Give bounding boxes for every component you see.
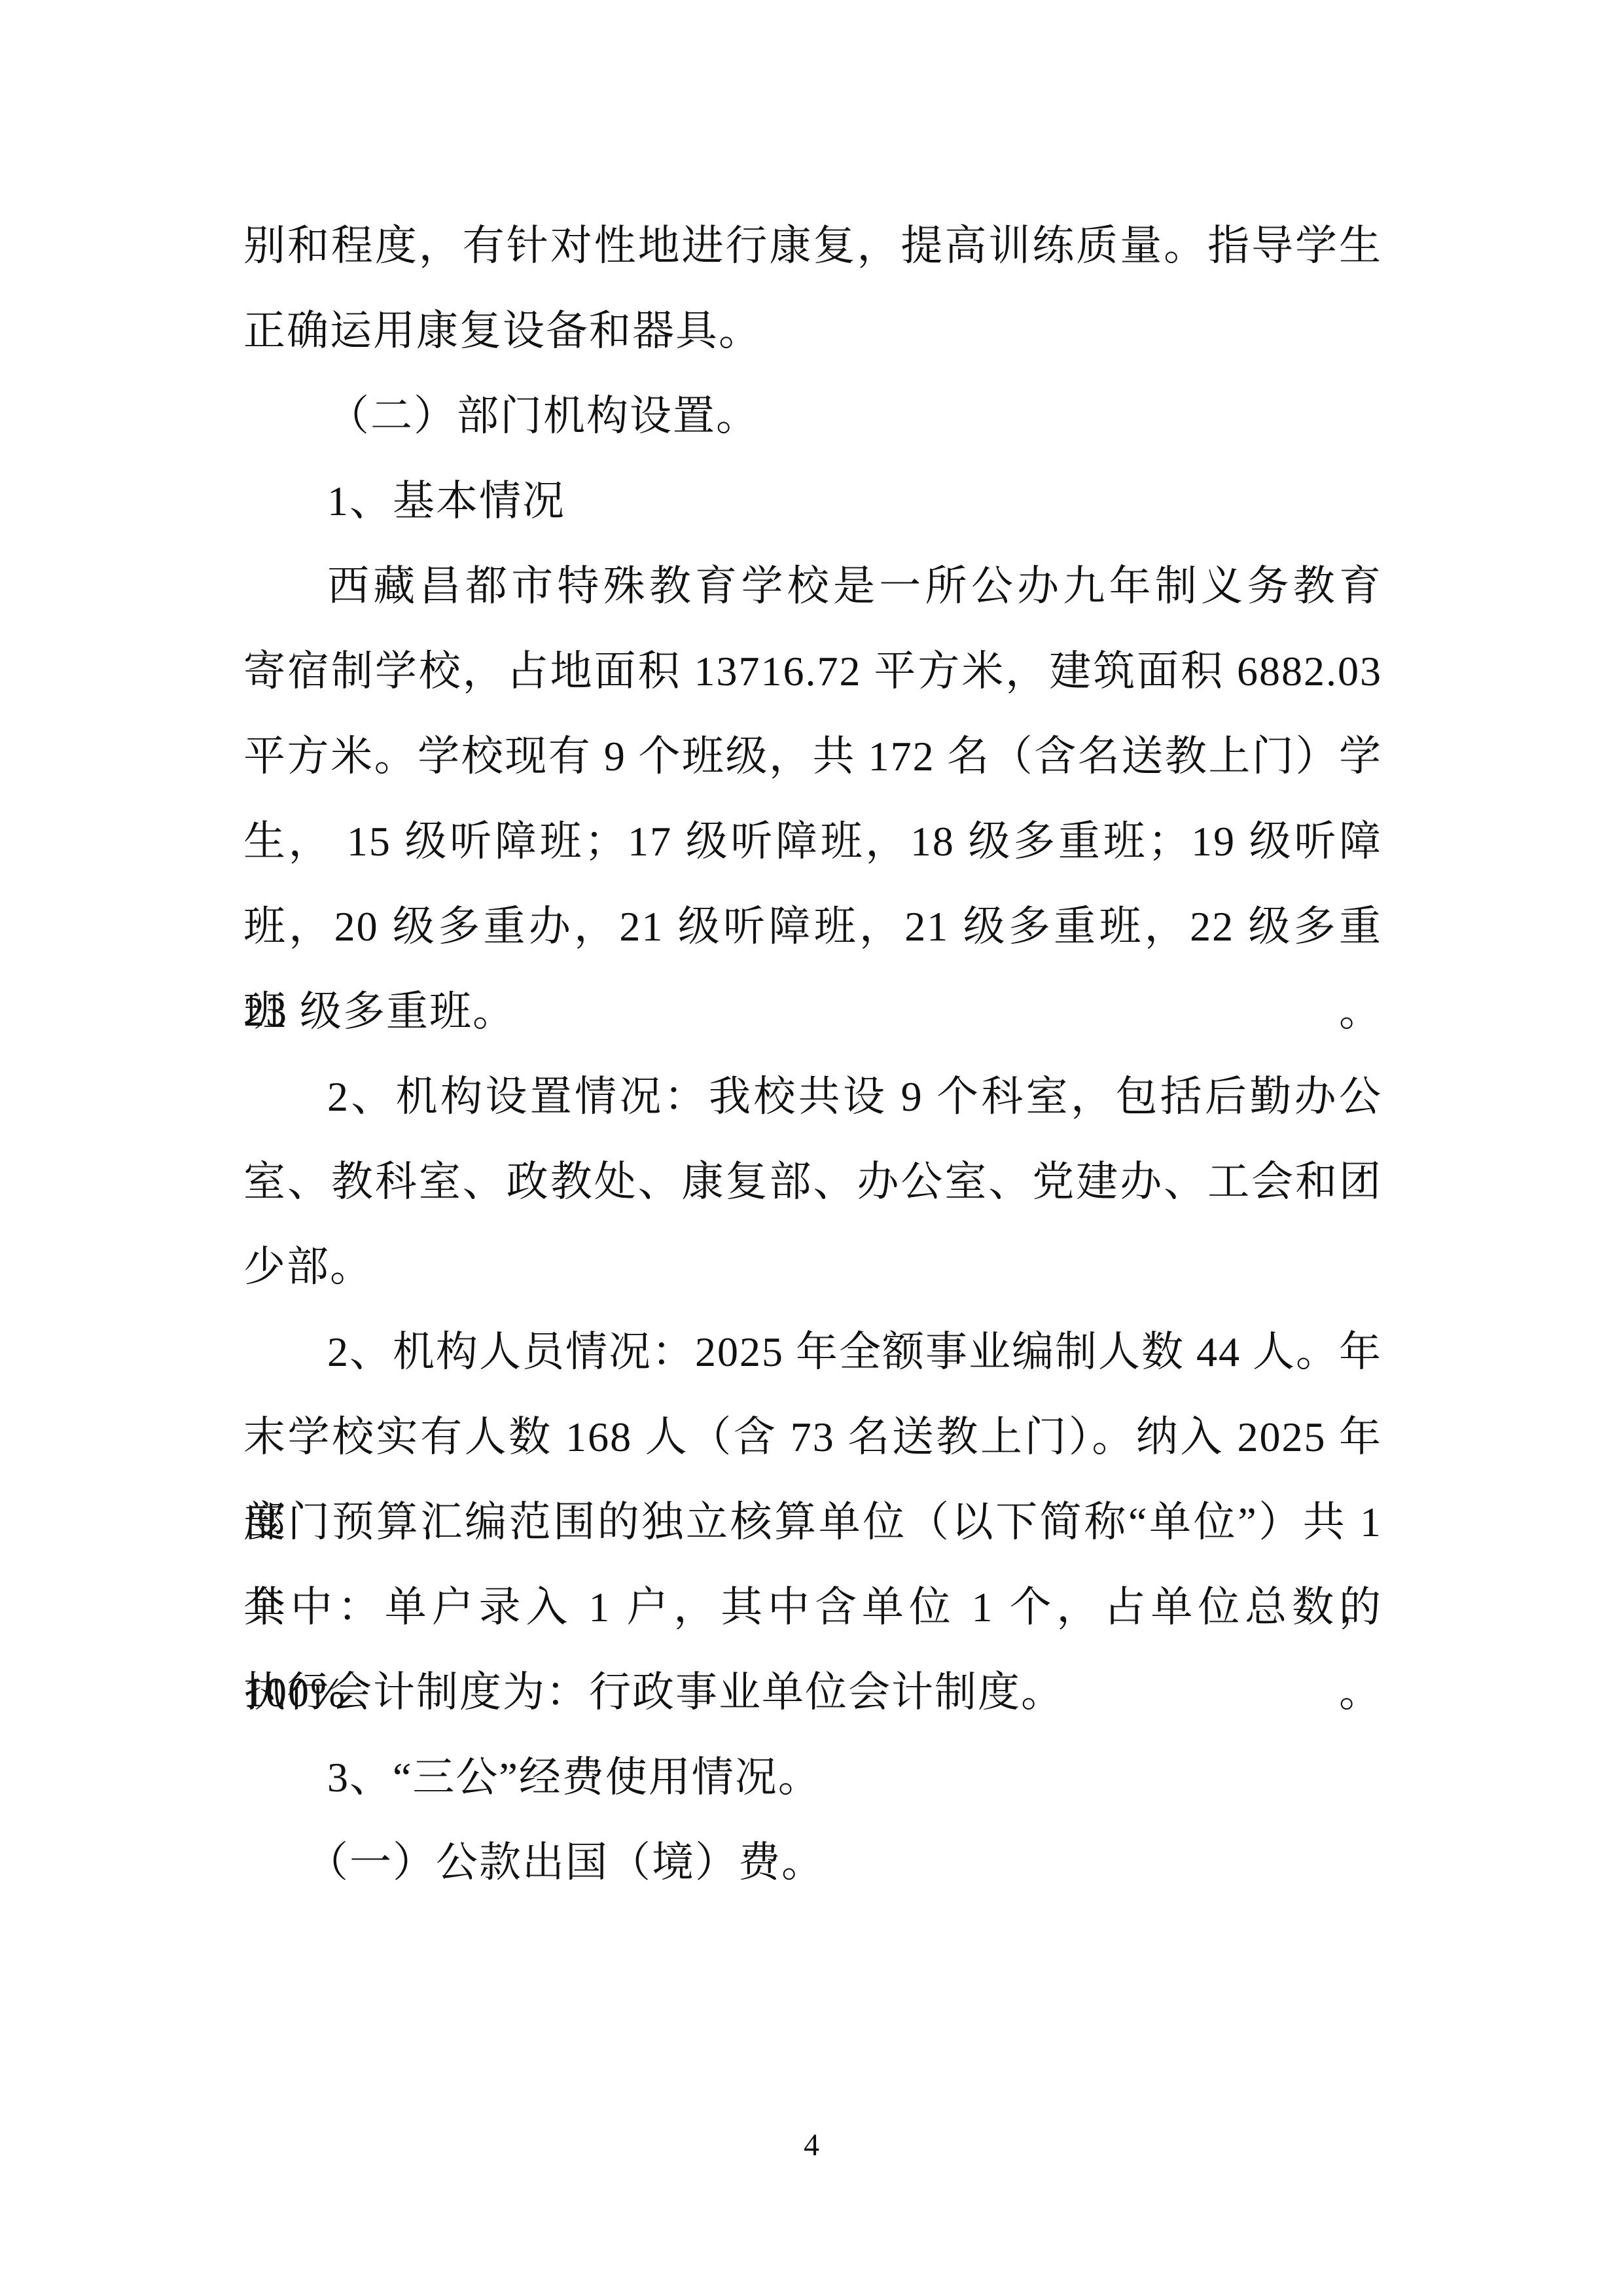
text-line: 正确运用康复设备和器具。	[243, 289, 1382, 374]
text-line: 1、基本情况	[243, 459, 1382, 544]
document-page: 别和程度，有针对性地进行康复，提高训练质量。指导学生 正确运用康复设备和器具。 …	[0, 0, 1623, 2296]
document-body: 别和程度，有针对性地进行康复，提高训练质量。指导学生 正确运用康复设备和器具。 …	[243, 204, 1382, 1905]
text-line: （二）部门机构设置。	[243, 374, 1382, 459]
text-line: 平方米。学校现有 9 个班级，共 172 名（含名送教上门）学	[243, 714, 1382, 799]
text-line: 2、机构设置情况：我校共设 9 个科室，包括后勤办公	[243, 1054, 1382, 1139]
text-line: 3、“三公”经费使用情况。	[243, 1735, 1382, 1820]
page-number: 4	[0, 2126, 1623, 2165]
text-line: 部门预算汇编范围的独立核算单位（以下简称“单位”）共 1 个，	[243, 1480, 1382, 1565]
text-line: （一）公款出国（境）费。	[243, 1820, 1382, 1905]
text-line: 西藏昌都市特殊教育学校是一所公办九年制义务教育	[243, 544, 1382, 629]
text-line: 少部。	[243, 1225, 1382, 1310]
text-line: 2、机构人员情况：2025 年全额事业编制人数 44 人。年	[243, 1310, 1382, 1395]
text-line: 室、教科室、政教处、康复部、办公室、党建办、工会和团	[243, 1139, 1382, 1225]
text-line: 班，20 级多重办，21 级听障班，21 级多重班，22 级多重班。	[243, 884, 1382, 969]
text-line: 寄宿制学校，占地面积 13716.72 平方米，建筑面积 6882.03	[243, 629, 1382, 714]
text-line: 别和程度，有针对性地进行康复，提高训练质量。指导学生	[243, 204, 1382, 289]
text-line: 生， 15 级听障班；17 级听障班，18 级多重班；19 级听障	[243, 799, 1382, 884]
text-line: 末学校实有人数 168 人（含 73 名送教上门）。纳入 2025 年度	[243, 1395, 1382, 1480]
text-line: 其中：单户录入 1 户，其中含单位 1 个，占单位总数的 100%。	[243, 1565, 1382, 1650]
